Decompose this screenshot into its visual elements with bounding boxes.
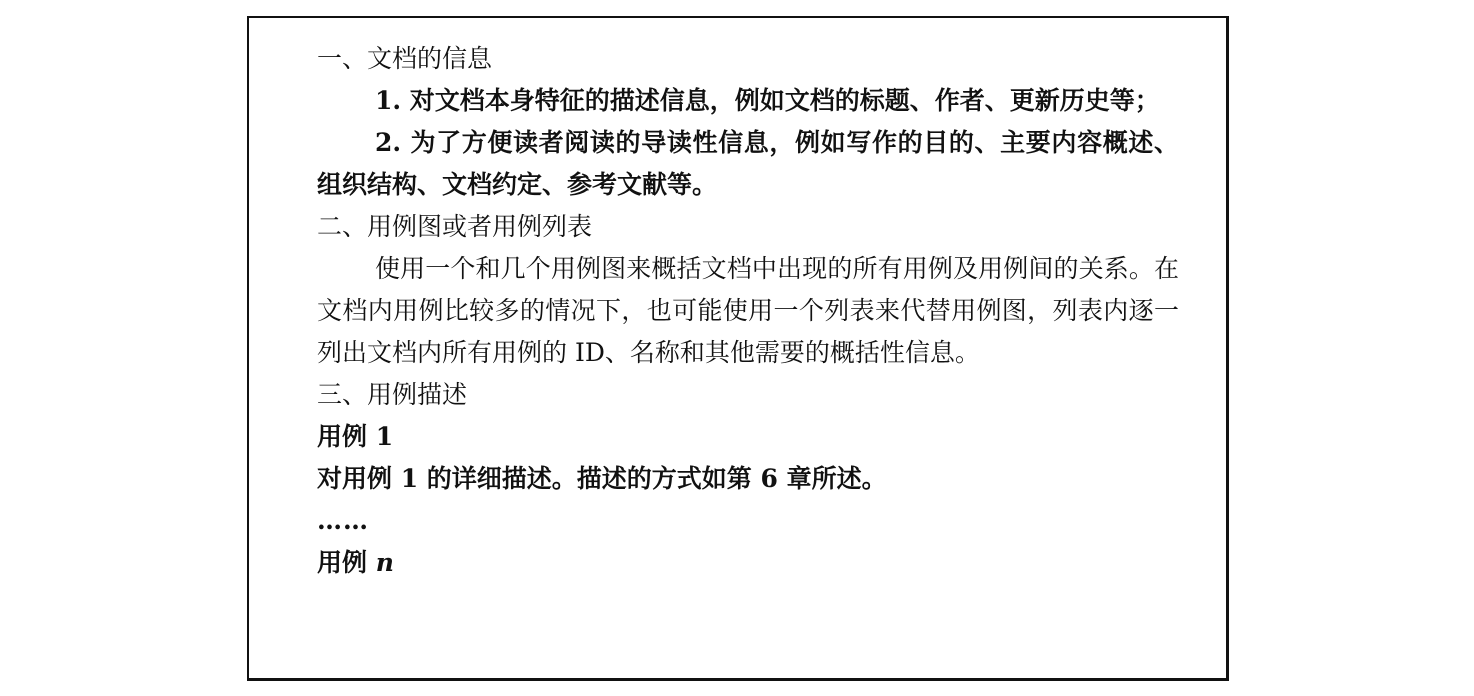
use-case-1-title: 用例 1 xyxy=(317,416,1179,458)
use-case-1-description: 对用例 1 的详细描述。描述的方式如第 6 章所述。 xyxy=(317,458,1179,500)
section-heading-use-case-diagram: 二、用例图或者用例列表 xyxy=(317,206,1179,248)
section-heading-use-case-description: 三、用例描述 xyxy=(317,374,1179,416)
document-content: 一、文档的信息 1. 对文档本身特征的描述信息，例如文档的标题、作者、更新历史等… xyxy=(317,38,1179,584)
paragraph-use-case-diagram-desc: 使用一个和几个用例图来概括文档中出现的所有用例及用例间的关系。在文档内用例比较多… xyxy=(317,248,1179,374)
section-heading-document-info: 一、文档的信息 xyxy=(317,38,1179,80)
document-frame: 一、文档的信息 1. 对文档本身特征的描述信息，例如文档的标题、作者、更新历史等… xyxy=(247,16,1229,681)
paragraph-reading-guide: 2. 为了方便读者阅读的导读性信息，例如写作的目的、主要内容概述、组织结构、文档… xyxy=(317,122,1179,206)
use-case-n-title: 用例 n xyxy=(317,542,1179,584)
use-case-n-variable: n xyxy=(376,548,394,577)
paragraph-document-features: 1. 对文档本身特征的描述信息，例如文档的标题、作者、更新历史等； xyxy=(317,80,1179,122)
use-case-n-prefix: 用例 xyxy=(317,548,376,577)
ellipsis: …… xyxy=(317,500,1179,542)
